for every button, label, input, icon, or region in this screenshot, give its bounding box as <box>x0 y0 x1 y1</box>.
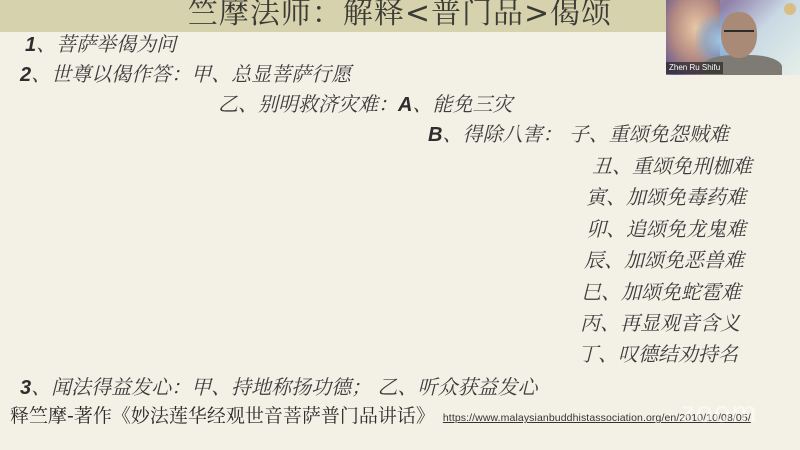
item-text: 丑、重颂免刑枷难 <box>592 154 752 178</box>
citation-text: 释竺摩-著作《妙法莲华经观世音菩萨普门品讲话》 <box>10 405 435 427</box>
outline-item-2-b: B、得除八害： 子、重颂免怨贼难 <box>428 121 729 148</box>
outline-subitem-bing: 丙、再显观音含义 <box>580 310 740 336</box>
item-text: 、能免三灾 <box>412 92 512 116</box>
item-text: 、得除八害： 子、重颂免怨贼难 <box>442 122 728 146</box>
item-text: 、世尊以偈作答：甲、总显菩萨行愿 <box>31 62 351 86</box>
item-text: 巳、加颂免蛇雹难 <box>581 280 741 304</box>
item-number: B <box>428 124 442 146</box>
item-text: 、菩萨举偈为问 <box>36 32 176 56</box>
outline-subitem-mao: 卯、追颂免龙鬼难 <box>586 216 746 242</box>
item-number: 3 <box>20 377 31 399</box>
item-number: A <box>398 94 412 116</box>
outline-subitem-chen: 辰、加颂免恶兽难 <box>584 247 744 273</box>
outline-subitem-si: 巳、加颂免蛇雹难 <box>581 279 741 305</box>
slide-footer: 释竺摩-著作《妙法莲华经观世音菩萨普门品讲话》https://www.malay… <box>10 403 751 432</box>
item-text: 、闻法得益发心：甲、持地称扬功德； 乙、听众获益发心 <box>31 375 537 399</box>
outline-item-1: 1、菩萨举偈为问 <box>25 31 176 58</box>
item-text: 乙、别明救济灾难： <box>218 92 398 116</box>
outline-item-2-yi: 乙、别明救济灾难：A、能免三灾 <box>218 91 512 118</box>
item-text: 丁、叹德结劝持名 <box>578 342 738 366</box>
outline-item-3: 3、闻法得益发心：甲、持地称扬功德； 乙、听众获益发心 <box>20 374 537 401</box>
speaker-glasses <box>724 30 754 38</box>
item-number: 2 <box>20 64 31 86</box>
organization-logo-icon <box>784 3 796 15</box>
item-text: 卯、追颂免龙鬼难 <box>586 217 746 241</box>
zoom-watermark: zoom <box>680 398 757 428</box>
item-text: 丙、再显观音含义 <box>580 311 740 335</box>
participant-video-tile[interactable]: Zhen Ru Shifu <box>666 0 800 75</box>
item-text: 寅、加颂免毒药难 <box>586 185 746 209</box>
item-text: 辰、加颂免恶兽难 <box>584 248 744 272</box>
outline-subitem-ding: 丁、叹德结劝持名 <box>578 341 738 367</box>
outline-subitem-chou: 丑、重颂免刑枷难 <box>592 153 752 179</box>
participant-name-label: Zhen Ru Shifu <box>666 62 723 74</box>
outline-item-2: 2、世尊以偈作答：甲、总显菩萨行愿 <box>20 61 351 88</box>
item-number: 1 <box>25 34 36 56</box>
outline-subitem-yin: 寅、加颂免毒药难 <box>586 184 746 210</box>
